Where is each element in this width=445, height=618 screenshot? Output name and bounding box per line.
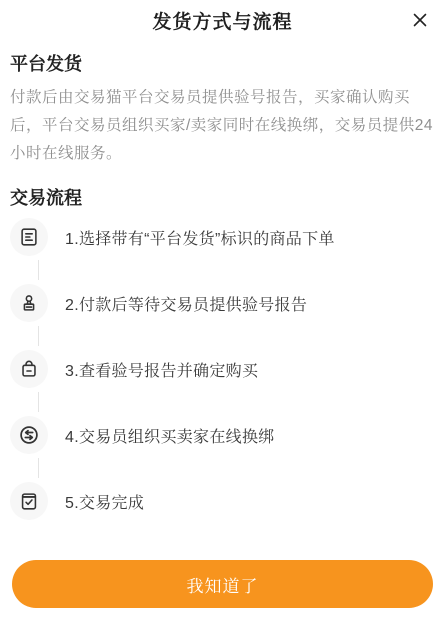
step-row-5: 5.交易完成: [10, 482, 435, 520]
dialog-content: 平台发货 付款后由交易猫平台交易员提供验号报告，买家确认购买后，平台交易员组织买…: [0, 53, 445, 520]
dialog-title: 发货方式与流程: [0, 11, 445, 34]
step-label: 4.交易员组织买卖家在线换绑: [65, 424, 275, 447]
step-row-3: 3.查看验号报告并确定购买: [10, 350, 435, 388]
step-connector: [38, 458, 39, 478]
shipping-info-dialog: 发货方式与流程 平台发货 付款后由交易猫平台交易员提供验号报告，买家确认购买后，…: [0, 0, 445, 618]
check-icon: [10, 482, 48, 520]
step-label: 3.查看验号报告并确定购买: [65, 358, 258, 381]
dialog-header: 发货方式与流程: [0, 0, 445, 40]
confirm-button[interactable]: 我知道了: [12, 560, 433, 608]
step-label: 5.交易完成: [65, 490, 144, 513]
stamp-icon: [10, 284, 48, 322]
close-icon: [411, 11, 429, 32]
step-connector: [38, 326, 39, 346]
step-row-4: 4.交易员组织买卖家在线换绑: [10, 416, 435, 454]
step-label: 2.付款后等待交易员提供验号报告: [65, 292, 307, 315]
platform-shipping-description: 付款后由交易猫平台交易员提供验号报告，买家确认购买后，平台交易员组织买家/卖家同…: [10, 84, 435, 168]
process-heading: 交易流程: [10, 187, 435, 209]
swap-icon: [10, 416, 48, 454]
step-label: 1.选择带有“平台发货”标识的商品下单: [65, 226, 335, 249]
step-row-2: 2.付款后等待交易员提供验号报告: [10, 284, 435, 322]
step-row-1: 1.选择带有“平台发货”标识的商品下单: [10, 218, 435, 256]
process-steps: 1.选择带有“平台发货”标识的商品下单 2.付款后等待交易员提供验号报告: [10, 218, 435, 520]
document-icon: [10, 218, 48, 256]
bag-icon: [10, 350, 48, 388]
close-button[interactable]: [403, 4, 437, 38]
step-connector: [38, 260, 39, 280]
platform-shipping-heading: 平台发货: [10, 53, 435, 75]
step-connector: [38, 392, 39, 412]
